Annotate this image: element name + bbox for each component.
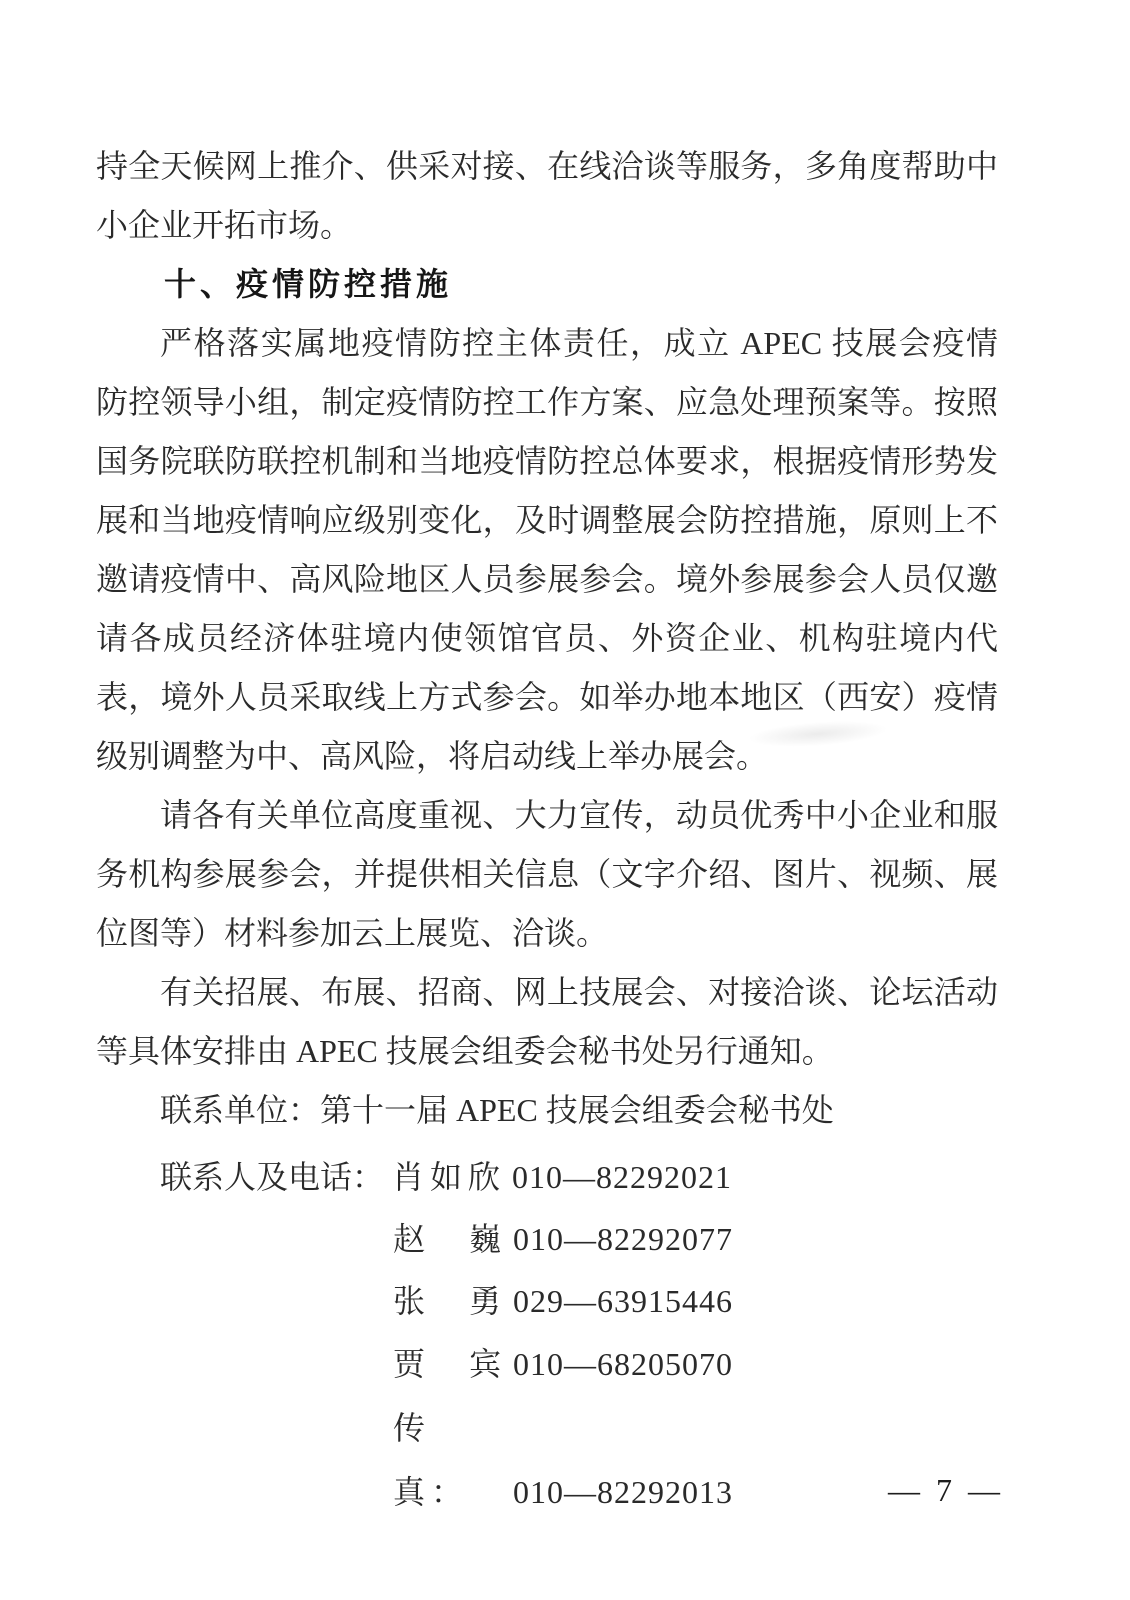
text-line: 国务院联防联控机制和当地疫情防控总体要求，根据疫情形势发 (96, 432, 998, 491)
text-line: 务机构参展参会，并提供相关信息（文字介绍、图片、视频、展 (96, 845, 998, 904)
text-line: 持全天候网上推介、供采对接、在线洽谈等服务，多角度帮助中 (96, 137, 998, 196)
contact-name: 贾 宾 (393, 1332, 513, 1396)
text-line: 防控领导小组，制定疫情防控工作方案、应急处理预案等。按照 (96, 373, 998, 432)
contact-line: 贾 宾010—68205070 (96, 1332, 998, 1396)
text-line: 等具体安排由 APEC 技展会组委会秘书处另行通知。 (96, 1022, 998, 1081)
text-line: 表，境外人员采取线上方式参会。如举办地本地区（西安）疫情 (96, 668, 998, 727)
page-number: — 7 — (876, 1462, 1016, 1518)
contact-unit-line: 联系单位：第十一届 APEC 技展会组委会秘书处 (96, 1081, 998, 1140)
text-line: 小企业开拓市场。 (96, 196, 998, 255)
contact-phone: 010—68205070 (513, 1346, 733, 1382)
contact-phone: 010—82292021 (512, 1159, 732, 1195)
contact-phone: 010—82292077 (513, 1221, 733, 1257)
contact-name: 赵 巍 (393, 1208, 513, 1270)
contact-line: 联系人及电话：肖如欣010—82292021 (96, 1146, 998, 1208)
contact-phone: 029—63915446 (513, 1283, 733, 1319)
fax-label: 传 真： (393, 1396, 513, 1524)
text-line: 严格落实属地疫情防控主体责任，成立 APEC 技展会疫情 (96, 314, 998, 373)
text-line: 级别调整为中、高风险，将启动线上举办展会。 (96, 727, 998, 786)
contact-line: 赵 巍010—82292077 (96, 1208, 998, 1270)
text-line: 请各成员经济体驻境内使领馆官员、外资企业、机构驻境内代 (96, 609, 998, 668)
text-line: 位图等）材料参加云上展览、洽谈。 (96, 904, 998, 963)
contact-line: 张 勇029—63915446 (96, 1270, 998, 1332)
contact-label: 联系人及电话： (160, 1159, 384, 1195)
fax-phone: 010—82292013 (513, 1474, 733, 1510)
text-line: 有关招展、布展、招商、网上技展会、对接洽谈、论坛活动 (96, 963, 998, 1022)
text-line: 展和当地疫情响应级别变化，及时调整展会防控措施，原则上不 (96, 491, 998, 550)
contact-name: 肖如欣 (392, 1146, 512, 1208)
document-body: 持全天候网上推介、供采对接、在线洽谈等服务，多角度帮助中 小企业开拓市场。 十、… (96, 137, 998, 1460)
contact-name: 张 勇 (393, 1270, 513, 1332)
text-line: 请各有关单位高度重视、大力宣传，动员优秀中小企业和服 (96, 786, 998, 845)
fax-line: 传 真：010—82292013 (96, 1396, 998, 1460)
text-line: 邀请疫情中、高风险地区人员参展参会。境外参展参会人员仅邀 (96, 550, 998, 609)
document-page: 持全天候网上推介、供采对接、在线洽谈等服务，多角度帮助中 小企业开拓市场。 十、… (0, 0, 1130, 1600)
section-heading: 十、疫情防控措施 (96, 255, 998, 314)
